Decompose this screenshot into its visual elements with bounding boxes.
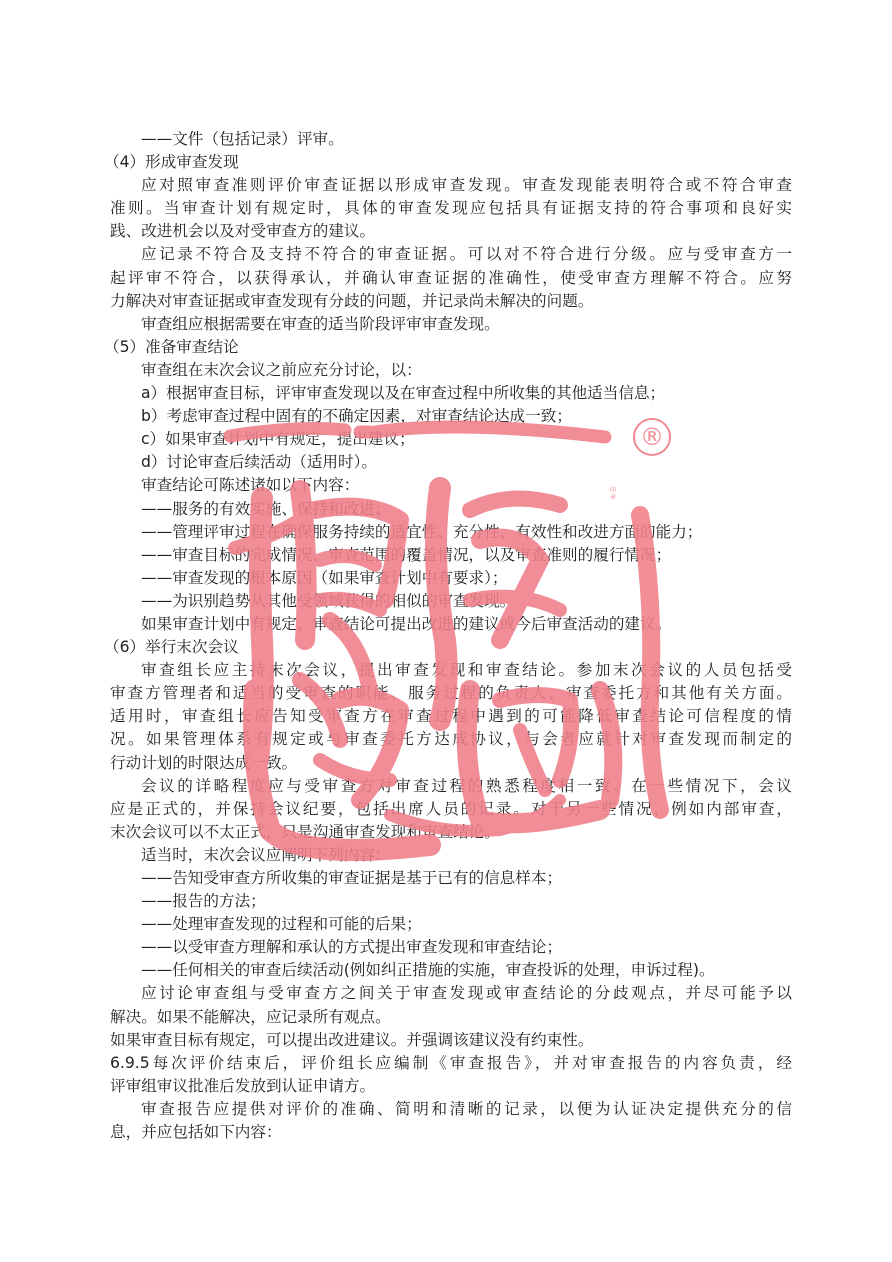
text-line: 应对照审查准则评价审查证据以形成审查发现。审查发现能表明符合或不符合审查 [110,174,792,197]
text-line: ——管理评审过程在确保服务持续的适宜性、充分性、有效性和改进方面的能力； [110,521,792,544]
text-line: 力解决对审查证据或审查发现有分歧的问题，并记录尚未解决的问题。 [110,290,792,313]
text-line: ——任何相关的审查后续活动(例如纠正措施的实施，审查投诉的处理，申诉过程)。 [110,959,792,982]
text-line: d）讨论审查后续活动（适用时）。 [110,451,792,474]
section-heading: （5）准备审查结论 [104,336,792,359]
text-line: ——告知受审查方所收集的审查证据是基于已有的信息样本； [110,867,792,890]
text-line: 起评审不符合，以获得承认，并确认审查证据的准确性，使受审查方理解不符合。应努 [110,267,792,290]
text-line: 行动计划的时限达成一致。 [110,752,792,775]
text-line: 审查组在末次会议之前应充分讨论，以： [110,359,792,382]
document-body: ——文件（包括记录）评审。（4）形成审查发现应对照审查准则评价审查证据以形成审查… [110,128,792,1144]
text-line: ——以受审查方理解和承认的方式提出审查发现和审查结论； [110,936,792,959]
registered-trademark-icon: ® [633,418,671,456]
text-line: 应是正式的，并保持会议纪要，包括出席人员的记录。对于另一些情况，例如内部审查， [110,798,792,821]
text-line: ——报告的方法； [110,890,792,913]
text-line: 如果审查计划中有规定，审查结论可提出改进的建议或今后审查活动的建议。 [110,613,792,636]
text-line: a）根据审查目标，评审审查发现以及在审查过程中所收集的其他适当信息； [110,382,792,405]
text-line: 审查组应根据需要在审查的适当阶段评审审查发现。 [110,313,792,336]
text-line: ——审查发现的根本原因（如果审查计划中有要求）； [110,567,792,590]
text-line: ——服务的有效实施、保持和改进； [110,498,792,521]
text-line: 息，并应包括如下内容： [110,1121,792,1144]
text-line: ——为识别趋势从其他受领域获得的相似的审查发现。 [110,590,792,613]
text-line: 审查方管理者和适当的受审查的职能、服务过程的负责人、审查委托方和其他有关方面。 [110,682,792,705]
text-line: ——处理审查发现的过程和可能的后果； [110,913,792,936]
seal-stamp: 印章 [610,487,618,501]
text-line: ——审查目标的完成情况、审查范围的覆盖情况，以及审查准则的履行情况； [110,544,792,567]
text-line: 如果审查目标有规定，可以提出改进建议。并强调该建议没有约束性。 [110,1029,792,1052]
text-line: 审查组长应主持末次会议，提出审查发现和审查结论。参加末次会议的人员包括受 [110,659,792,682]
text-line: 6.9.5每次评价结束后，评价组长应编制《审查报告》，并对审查报告的内容负责，经 [110,1052,792,1075]
text-line: 会议的详略程度应与受审查方对审查过程的熟悉程度相一致。在一些情况下，会议 [110,775,792,798]
text-line: c）如果审查计划中有规定，提出建议； [110,428,792,451]
text-line: 审查结论可陈述诸如以下内容： [110,474,792,497]
text-line: 末次会议可以不太正式，只是沟通审查发现和审查结论。 [110,821,792,844]
text-line: 适当时，末次会议应阐明下列内容： [110,844,792,867]
text-line: 评审组审议批准后发放到认证申请方。 [110,1075,792,1098]
text-line: 应记录不符合及支持不符合的审查证据。可以对不符合进行分级。应与受审查方一 [110,243,792,266]
text-line: 审查报告应提供对评价的准确、简明和清晰的记录，以便为认证决定提供充分的信 [110,1098,792,1121]
text-line: b）考虑审查过程中固有的不确定因素，对审查结论达成一致； [110,405,792,428]
text-line: 解决。如果不能解决，应记录所有观点。 [110,1006,792,1029]
text-line: 应讨论审查组与受审查方之间关于审查发现或审查结论的分歧观点，并尽可能予以 [110,982,792,1005]
text-line: 适用时，审查组长应告知受审查方在审查过程中遇到的可能降低审查结论可信程度的情 [110,705,792,728]
text-line: 准则。当审查计划有规定时，具体的审查发现应包括具有证据支持的符合事项和良好实 [110,197,792,220]
text-line: ——文件（包括记录）评审。 [110,128,792,151]
text-line: 践、改进机会以及对受审查方的建议。 [110,220,792,243]
section-heading: （6）举行末次会议 [104,636,792,659]
text-line: 况。如果管理体系有规定或与审查委托方达成协议，与会者应就针对审查发现而制定的 [110,728,792,751]
section-heading: （4）形成审查发现 [104,151,792,174]
